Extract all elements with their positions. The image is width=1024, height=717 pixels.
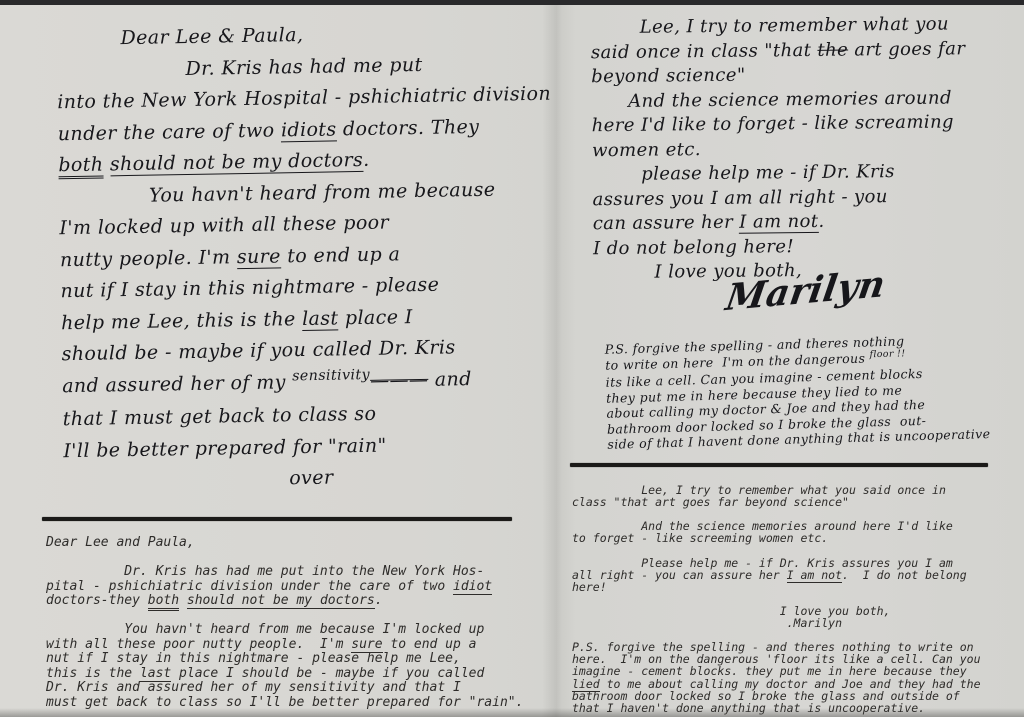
text-line: Dr. Kris has had me put into the New Yor… bbox=[46, 565, 548, 580]
text-line: .Marilyn bbox=[572, 617, 1020, 629]
handwritten-ps-note: P.S. forgive the spelling - and theres n… bbox=[605, 330, 1022, 452]
text-line: said once in class "that the art goes fa… bbox=[591, 36, 1017, 65]
handwritten-letter-right: Lee, I try to remember what yousaid once… bbox=[591, 12, 1020, 286]
photo-top-edge bbox=[0, 0, 1024, 5]
text-line: pital - pshichiatric division under the … bbox=[46, 580, 548, 595]
text-line: nut if I stay in this nightmare - please… bbox=[46, 652, 548, 667]
text-line: with all these poor nutty people. I'm su… bbox=[46, 638, 548, 653]
text-line: to forget - like screeming women etc. bbox=[572, 532, 1020, 544]
text-line: class "that art goes far beyond science" bbox=[572, 496, 1020, 508]
text-line bbox=[46, 609, 548, 624]
text-line: Dear Lee and Paula, bbox=[46, 536, 548, 551]
text-line: You havn't heard from me because I'm loc… bbox=[46, 623, 548, 638]
photo-bottom-edge bbox=[0, 708, 1024, 717]
letter-photo: Dear Lee & Paula, Dr. Kris has had me pu… bbox=[0, 0, 1024, 717]
text-line: this is the last place I should be - may… bbox=[46, 667, 548, 682]
text-line bbox=[46, 551, 548, 566]
text-line: Dr. Kris and assured her of my sensitivi… bbox=[46, 681, 548, 696]
text-line: here I'd like to forget - like screaming bbox=[592, 110, 1018, 139]
handwritten-letter-left: Dear Lee & Paula, Dr. Kris has had me pu… bbox=[56, 16, 550, 499]
text-line: all right - you can assure her I am not.… bbox=[572, 569, 1020, 581]
divider-rule-right bbox=[570, 463, 988, 467]
typed-transcription-left: Dear Lee and Paula, Dr. Kris has had me … bbox=[46, 536, 548, 710]
text-line: doctors-they both should not be my docto… bbox=[46, 594, 548, 609]
typed-transcription-right: Lee, I try to remember what you said onc… bbox=[572, 484, 1020, 714]
divider-rule-left bbox=[42, 517, 512, 521]
